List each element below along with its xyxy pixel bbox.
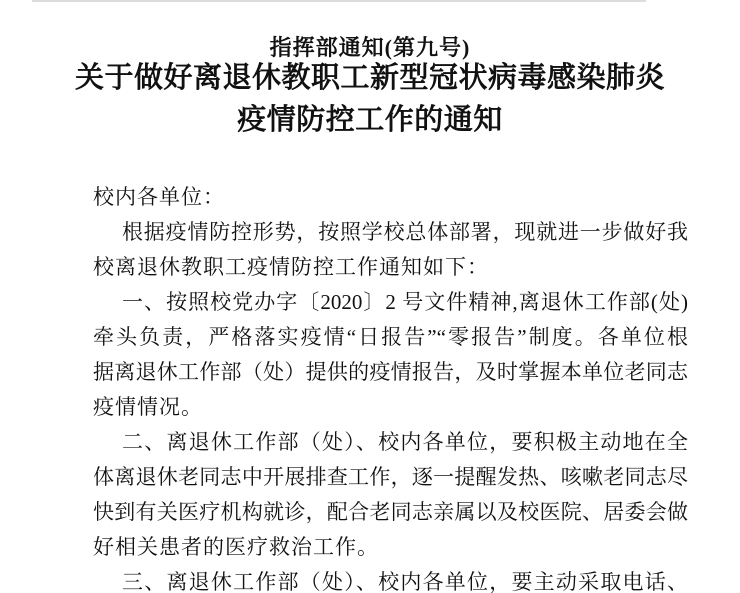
doc-body: 校内各单位：根据疫情防控形势，按照学校总体部署，现就进一步做好我校离退休教职工疫…: [93, 180, 688, 593]
body-line: 一、按照校党办字〔2020〕2 号文件精神,离退休工作部(处): [93, 285, 688, 320]
body-line: 校内各单位：: [93, 180, 688, 215]
doc-title-line1: 关于做好离退休教职工新型冠状病毒感染肺炎: [75, 62, 665, 94]
body-line: 三、离退休工作部（处）、校内各单位，要主动采取电话、: [93, 565, 688, 593]
scan-artifact-line: [32, 0, 646, 2]
document-page: 指挥部通知(第九号) 关于做好离退休教职工新型冠状病毒感染肺炎 疫情防控工作的通…: [0, 0, 740, 593]
body-line: 二、离退休工作部（处）、校内各单位，要积极主动地在全: [93, 425, 688, 460]
doc-title-line2: 疫情防控工作的通知: [237, 104, 503, 136]
doc-title: 关于做好离退休教职工新型冠状病毒感染肺炎 疫情防控工作的通知: [0, 57, 740, 141]
body-line: 体离退休老同志中开展排查工作，逐一提醒发热、咳嗽老同志尽: [93, 460, 688, 495]
body-line: 疫情情况。: [93, 390, 688, 425]
body-line: 校离退休教职工疫情防控工作通知如下：: [93, 250, 688, 285]
body-line: 好相关患者的医疗救治工作。: [93, 530, 688, 565]
body-line: 据离退休工作部（处）提供的疫情报告，及时掌握本单位老同志: [93, 355, 688, 390]
body-line: 牵头负责，严格落实疫情“日报告”“零报告”制度。各单位根: [93, 320, 688, 355]
body-line: 根据疫情防控形势，按照学校总体部署，现就进一步做好我: [93, 215, 688, 250]
body-line: 快到有关医疗机构就诊，配合老同志亲属以及校医院、居委会做: [93, 495, 688, 530]
